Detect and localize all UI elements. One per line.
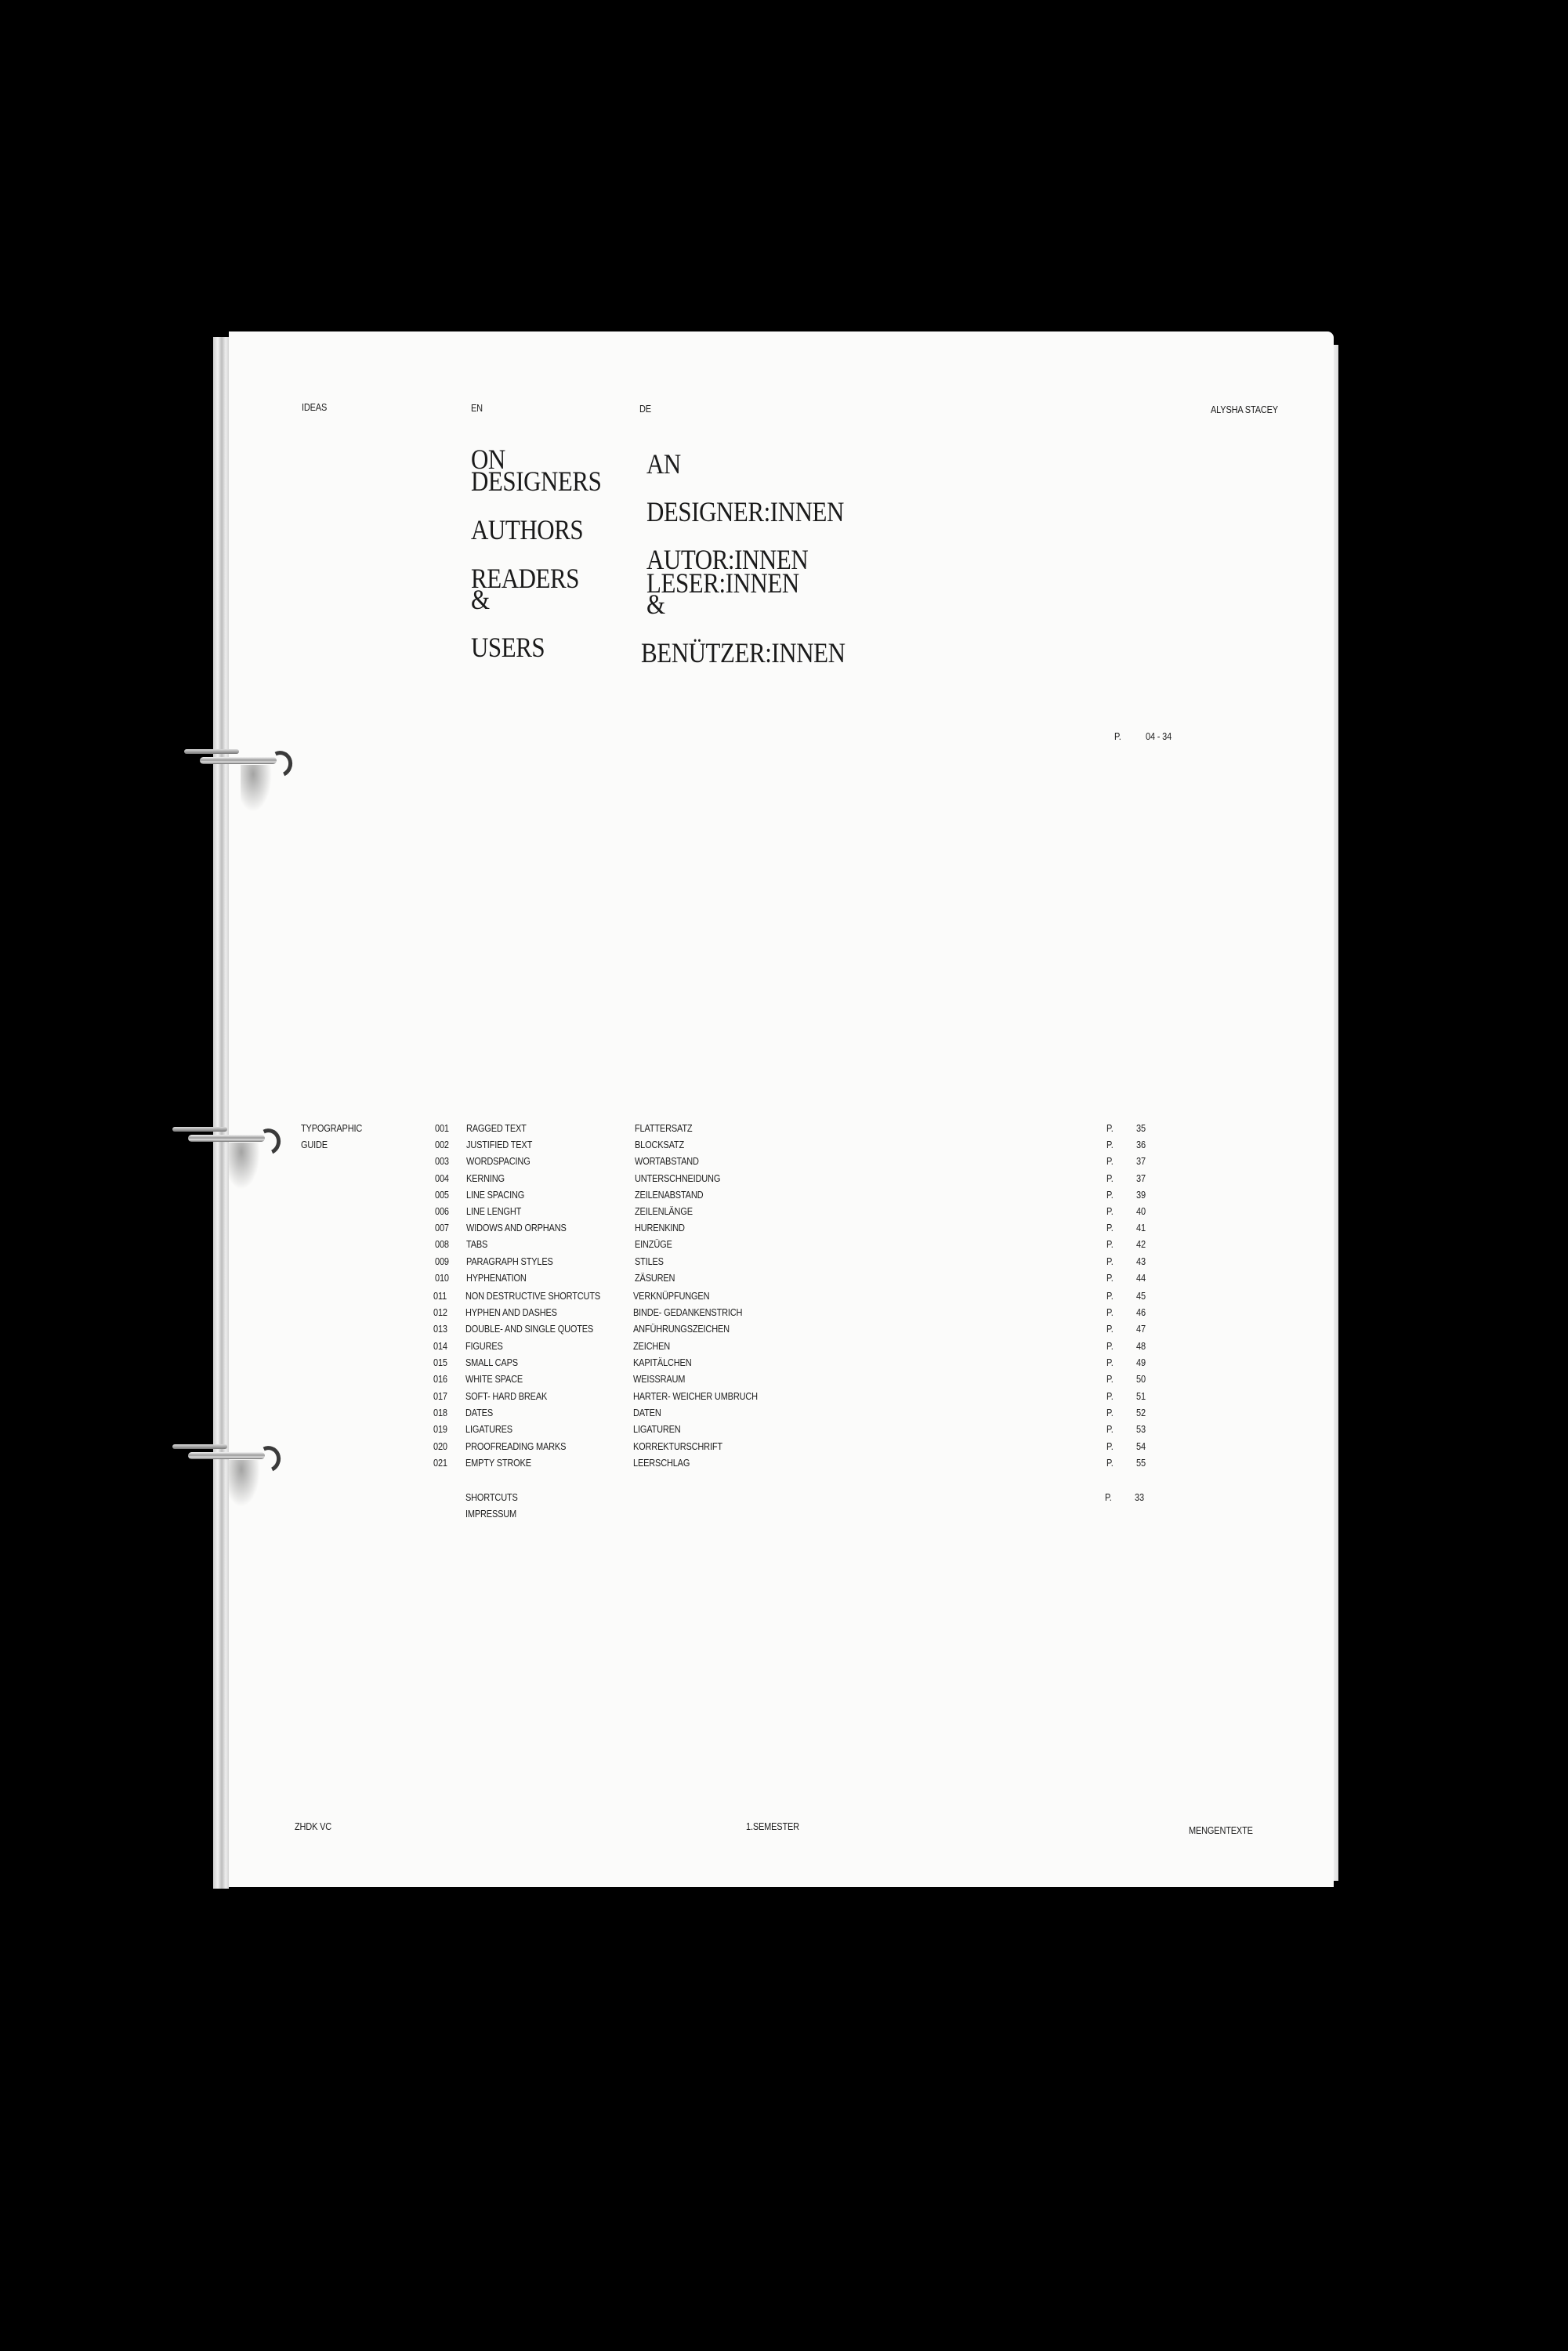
entry-page-prefix: P. <box>1106 1139 1114 1150</box>
entry-page-number: 54 <box>1136 1441 1146 1452</box>
entry-page-number: 53 <box>1136 1424 1146 1435</box>
entry-page-prefix: P. <box>1106 1206 1114 1217</box>
extra-page-prefix: P. <box>1105 1492 1112 1503</box>
entry-number: 005 <box>435 1190 449 1201</box>
entry-number: 019 <box>433 1424 447 1435</box>
toc-entry[interactable]: 008TABSEINZÜGEP.42 <box>229 1239 1326 1255</box>
entry-page-prefix: P. <box>1106 1391 1114 1402</box>
entry-number: 016 <box>433 1374 447 1385</box>
toc-entry[interactable]: 003WORDSPACINGWORTABSTANDP.37 <box>229 1156 1326 1172</box>
toc-entry[interactable]: 007WIDOWS AND ORPHANSHURENKINDP.41 <box>229 1223 1326 1239</box>
toc-entry[interactable]: 014FIGURESZEICHENP.48 <box>229 1341 1326 1357</box>
title-de-ampersand: & <box>646 592 665 616</box>
entry-page-number: 43 <box>1136 1256 1146 1267</box>
title-en-line: DESIGNERS <box>471 469 601 493</box>
entry-title-en: EMPTY STROKE <box>465 1458 531 1469</box>
entry-title-en: HYPHEN AND DASHES <box>465 1307 557 1318</box>
entry-title-de: BLOCKSATZ <box>635 1139 684 1150</box>
entry-page-number: 37 <box>1136 1173 1146 1184</box>
entry-title-de: LEERSCHLAG <box>633 1458 690 1469</box>
entry-title-de: WEISSRAUM <box>633 1374 685 1385</box>
entry-page-number: 35 <box>1136 1123 1146 1134</box>
entry-title-de: KAPITÄLCHEN <box>633 1357 691 1368</box>
toc-entry[interactable]: 017SOFT- HARD BREAKHARTER- WEICHER UMBRU… <box>229 1391 1326 1407</box>
entry-page-prefix: P. <box>1106 1307 1114 1318</box>
entry-title-de: DATEN <box>633 1407 661 1418</box>
title-en-line: AUTHORS <box>471 518 583 542</box>
entry-page-prefix: P. <box>1106 1173 1114 1184</box>
entry-page-number: 39 <box>1136 1190 1146 1201</box>
binder-ring-icon <box>200 751 294 774</box>
entry-title-de: ZEILENLÄNGE <box>635 1206 693 1217</box>
entry-title-de: HURENKIND <box>635 1223 685 1233</box>
toc-entry[interactable]: 011NON DESTRUCTIVE SHORTCUTSVERKNÜPFUNGE… <box>229 1291 1326 1307</box>
entry-page-prefix: P. <box>1106 1256 1114 1267</box>
entry-page-prefix: P. <box>1106 1341 1114 1352</box>
entry-title-de: BINDE- GEDANKENSTRICH <box>633 1307 742 1318</box>
entry-number: 003 <box>435 1156 449 1167</box>
toc-entry[interactable]: 016WHITE SPACEWEISSRAUMP.50 <box>229 1374 1326 1390</box>
entry-title-en: HYPHENATION <box>466 1273 527 1284</box>
entry-page-number: 37 <box>1136 1156 1146 1167</box>
entry-title-en: JUSTIFIED TEXT <box>466 1139 532 1150</box>
entry-number: 004 <box>435 1173 449 1184</box>
entry-page-prefix: P. <box>1106 1273 1114 1284</box>
entry-page-number: 50 <box>1136 1374 1146 1385</box>
entry-title-en: WORDSPACING <box>466 1156 531 1167</box>
toc-entry[interactable]: 015SMALL CAPSKAPITÄLCHENP.49 <box>229 1357 1326 1374</box>
entry-title-de: VERKNÜPFUNGEN <box>633 1291 709 1302</box>
footer-course: MENGENTEXTE <box>1189 1825 1253 1836</box>
ideas-page-range: 04 - 34 <box>1146 731 1171 742</box>
toc-entry[interactable]: 013DOUBLE- AND SINGLE QUOTESANFÜHRUNGSZE… <box>229 1324 1326 1340</box>
entry-title-de: HARTER- WEICHER UMBRUCH <box>633 1391 758 1402</box>
toc-entry[interactable]: 006LINE LENGHTZEILENLÄNGEP.40 <box>229 1206 1326 1223</box>
title-de-line: BENÜTZER:INNEN <box>641 641 846 665</box>
binder-ring-icon <box>188 1128 282 1152</box>
entry-page-prefix: P. <box>1106 1357 1114 1368</box>
entry-number: 011 <box>433 1291 447 1302</box>
entry-page-prefix: P. <box>1106 1374 1114 1385</box>
entry-number: 014 <box>433 1341 447 1352</box>
entry-title-de: ZEICHEN <box>633 1341 670 1352</box>
title-de-line: DESIGNER:INNEN <box>646 500 844 523</box>
entry-page-prefix: P. <box>1106 1123 1114 1134</box>
entry-page-number: 40 <box>1136 1206 1146 1217</box>
entry-number: 020 <box>433 1441 447 1452</box>
entry-title-de: LIGATUREN <box>633 1424 681 1435</box>
entry-number: 010 <box>435 1273 449 1284</box>
entry-number: 018 <box>433 1407 447 1418</box>
entry-page-number: 55 <box>1136 1458 1146 1469</box>
entry-number: 007 <box>435 1223 449 1233</box>
entry-title-en: SMALL CAPS <box>465 1357 518 1368</box>
entry-title-en: PARAGRAPH STYLES <box>466 1256 553 1267</box>
ideas-page-prefix: P. <box>1114 731 1121 742</box>
entry-page-number: 36 <box>1136 1139 1146 1150</box>
entry-number: 006 <box>435 1206 449 1217</box>
entry-number: 008 <box>435 1239 449 1250</box>
entry-page-number: 44 <box>1136 1273 1146 1284</box>
entry-title-en: LIGATURES <box>465 1424 512 1435</box>
title-en-line: USERS <box>471 636 545 659</box>
entry-number: 001 <box>435 1123 449 1134</box>
entry-page-prefix: P. <box>1106 1156 1114 1167</box>
entry-number: 012 <box>433 1307 447 1318</box>
entry-title-de: ZEILENABSTAND <box>635 1190 703 1201</box>
entry-title-de: WORTABSTAND <box>635 1156 699 1167</box>
toc-entry[interactable]: 018DATESDATENP.52 <box>229 1407 1326 1424</box>
language-de-label: DE <box>639 404 651 415</box>
entry-title-en: SOFT- HARD BREAK <box>465 1391 547 1402</box>
extra-title: SHORTCUTS <box>465 1492 518 1503</box>
entry-title-en: TABS <box>466 1239 487 1250</box>
footer-semester: 1.SEMESTER <box>746 1821 799 1832</box>
document-page: IDEAS EN DE ALYSHA STACEY ON DESIGNERS A… <box>229 331 1334 1887</box>
paper-stack-edge <box>213 337 229 1889</box>
toc-entry[interactable]: 001RAGGED TEXTFLATTERSATZP.35 <box>229 1123 1326 1139</box>
entry-page-number: 48 <box>1136 1341 1146 1352</box>
toc-entry[interactable]: 002JUSTIFIED TEXTBLOCKSATZP.36 <box>229 1139 1326 1156</box>
entry-page-number: 45 <box>1136 1291 1146 1302</box>
extra-page-number: 33 <box>1135 1492 1144 1503</box>
entry-page-prefix: P. <box>1106 1407 1114 1418</box>
extra-title: IMPRESSUM <box>465 1509 516 1520</box>
entry-title-en: WIDOWS AND ORPHANS <box>466 1223 567 1233</box>
entry-page-prefix: P. <box>1106 1458 1114 1469</box>
entry-page-number: 52 <box>1136 1407 1146 1418</box>
entry-title-de: STILES <box>635 1256 664 1267</box>
toc-entry[interactable]: 004KERNINGUNTERSCHNEIDUNGP.37 <box>229 1173 1326 1190</box>
entry-page-prefix: P. <box>1106 1223 1114 1233</box>
entry-title-de: EINZÜGE <box>635 1239 672 1250</box>
toc-entry[interactable]: 012HYPHEN AND DASHESBINDE- GEDANKENSTRIC… <box>229 1307 1326 1324</box>
entry-page-number: 42 <box>1136 1239 1146 1250</box>
section-label: IDEAS <box>302 402 327 413</box>
toc-extra-entry[interactable]: SHORTCUTSP.33 <box>229 1492 1326 1509</box>
entry-page-prefix: P. <box>1106 1239 1114 1250</box>
entry-number: 021 <box>433 1458 447 1469</box>
entry-page-prefix: P. <box>1106 1324 1114 1335</box>
toc-entry[interactable]: 005LINE SPACINGZEILENABSTANDP.39 <box>229 1190 1326 1206</box>
language-en-label: EN <box>471 403 483 414</box>
entry-title-en: PROOFREADING MARKS <box>465 1441 566 1452</box>
entry-page-number: 41 <box>1136 1223 1146 1233</box>
entry-title-de: FLATTERSATZ <box>635 1123 692 1134</box>
entry-title-de: ZÄSUREN <box>635 1273 675 1284</box>
entry-page-number: 49 <box>1136 1357 1146 1368</box>
entry-title-en: WHITE SPACE <box>465 1374 523 1385</box>
entry-page-prefix: P. <box>1106 1190 1114 1201</box>
entry-number: 017 <box>433 1391 447 1402</box>
entry-page-number: 47 <box>1136 1324 1146 1335</box>
entry-title-en: RAGGED TEXT <box>466 1123 527 1134</box>
toc-entry[interactable]: 020PROOFREADING MARKSKORREKTURSCHRIFTP.5… <box>229 1441 1326 1458</box>
entry-title-en: LINE LENGHT <box>466 1206 521 1217</box>
entry-title-de: ANFÜHRUNGSZEICHEN <box>633 1324 730 1335</box>
toc-entry[interactable]: 010HYPHENATIONZÄSURENP.44 <box>229 1273 1326 1289</box>
entry-title-en: NON DESTRUCTIVE SHORTCUTS <box>465 1291 600 1302</box>
entry-page-prefix: P. <box>1106 1424 1114 1435</box>
entry-title-en: LINE SPACING <box>466 1190 524 1201</box>
binder-ring-icon <box>188 1446 282 1469</box>
entry-title-en: FIGURES <box>465 1341 503 1352</box>
entry-page-prefix: P. <box>1106 1441 1114 1452</box>
entry-number: 013 <box>433 1324 447 1335</box>
toc-entry[interactable]: 009PARAGRAPH STYLESSTILESP.43 <box>229 1256 1326 1273</box>
entry-page-number: 51 <box>1136 1391 1146 1402</box>
entry-title-de: KORREKTURSCHRIFT <box>633 1441 722 1452</box>
entry-number: 015 <box>433 1357 447 1368</box>
entry-number: 009 <box>435 1256 449 1267</box>
title-de-line: LESER:INNEN <box>646 571 799 595</box>
entry-title-en: KERNING <box>466 1173 505 1184</box>
title-de-line: AN <box>646 452 681 476</box>
entry-page-number: 46 <box>1136 1307 1146 1318</box>
entry-number: 002 <box>435 1139 449 1150</box>
toc-entry[interactable]: 019LIGATURESLIGATURENP.53 <box>229 1424 1326 1440</box>
toc-entry[interactable]: 021EMPTY STROKELEERSCHLAGP.55 <box>229 1458 1326 1474</box>
footer-school: ZHDK VC <box>295 1821 331 1832</box>
entry-page-prefix: P. <box>1106 1291 1114 1302</box>
toc-extra-entry[interactable]: IMPRESSUM <box>229 1509 1326 1525</box>
author-name: ALYSHA STACEY <box>1211 404 1278 415</box>
entry-title-en: DATES <box>465 1407 493 1418</box>
entry-title-en: DOUBLE- AND SINGLE QUOTES <box>465 1324 593 1335</box>
entry-title-de: UNTERSCHNEIDUNG <box>635 1173 720 1184</box>
title-en-ampersand: & <box>471 588 490 611</box>
